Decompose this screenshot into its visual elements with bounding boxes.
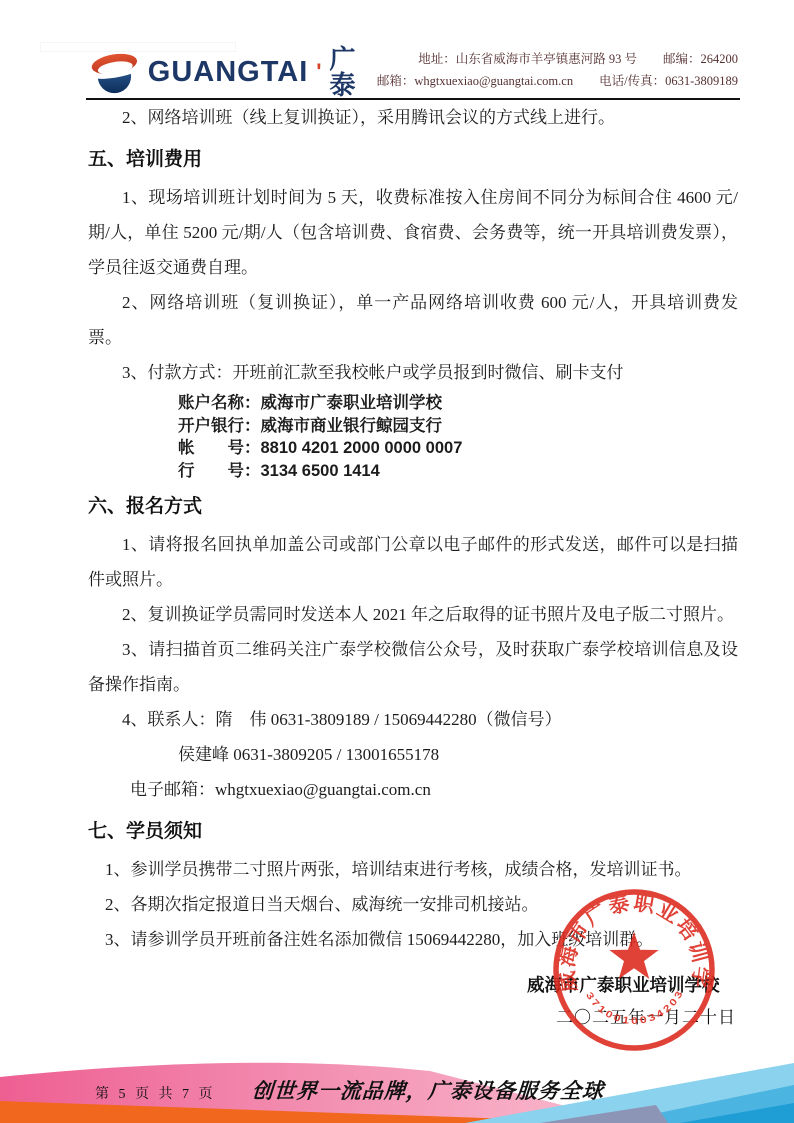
page-number: 第 5 页 共 7 页 [95, 1083, 216, 1103]
zip-value: 264200 [701, 52, 739, 66]
bank-account-name-value: 威海市广泰职业培训学校 [261, 394, 443, 412]
stamp-star-icon [609, 932, 658, 979]
address-value: 山东省威海市羊亭镇惠河路 93 号 [456, 52, 637, 66]
logo-cjk-name: 广泰 [330, 46, 377, 98]
contact-line-1: 地址：山东省威海市羊亭镇惠河路 93 号邮编：264200 [377, 48, 738, 70]
stamp-ring-text: 威海市广泰职业培训学校 [549, 885, 714, 994]
stamp-number: 3710010034203 [583, 987, 686, 1027]
guangtai-globe-icon [88, 47, 141, 97]
tel-value: 0631-3809189 [665, 74, 738, 88]
company-logo: GUANGTAI'广泰 [88, 46, 377, 98]
logo-accent-tick: ' [316, 59, 321, 85]
section-6-title: 六、报名方式 [88, 493, 738, 521]
email-value: whgtxuexiao@guangtai.com.cn [414, 74, 573, 88]
contact-line-2: 邮箱：whgtxuexiao@guangtai.com.cn电话/传真：0631… [377, 70, 738, 92]
section-7-title: 七、学员须知 [88, 818, 738, 846]
bank-branch-value: 威海市商业银行鲸园支行 [261, 417, 443, 435]
bank-account-number-value: 8810 4201 2000 0000 0007 [261, 439, 463, 457]
section-5-p2: 2、网络培训班（复训换证），单一产品网络培训收费 600 元/人，开具培训费发票… [88, 285, 738, 355]
letterhead: GUANGTAI'广泰 地址：山东省威海市羊亭镇惠河路 93 号邮编：26420… [88, 46, 738, 98]
section-6-email: 电子邮箱：whgtxuexiao@guangtai.com.cn [88, 772, 738, 807]
document-page: GUANGTAI'广泰 地址：山东省威海市羊亭镇惠河路 93 号邮编：26420… [0, 0, 794, 1123]
section-6-p3: 3、请扫描首页二维码关注广泰学校微信公众号，及时获取广泰学校培训信息及设备操作指… [88, 632, 738, 702]
bank-account-name: 账户名称：威海市广泰职业培训学校 [178, 392, 738, 415]
svg-text:威海市广泰职业培训学校: 威海市广泰职业培训学校 [549, 885, 714, 994]
bank-branch-label: 开户银行： [178, 417, 261, 435]
bank-account-name-label: 账户名称： [178, 394, 261, 412]
email-label: 邮箱： [377, 74, 415, 88]
bank-routing-number-label: 行 号： [178, 462, 261, 480]
page-footer: 第 5 页 共 7 页 创世界一流品牌，广泰设备服务全球 [0, 1059, 794, 1123]
logo-wordmark: GUANGTAI [148, 58, 309, 87]
footer-slogan: 创世界一流品牌，广泰设备服务全球 [251, 1075, 605, 1105]
bank-routing-number: 行 号：3134 6500 1414 [178, 460, 738, 483]
section-6-contact-2: 侯建峰 0631-3809205 / 13001655178 [88, 737, 738, 772]
zip-label: 邮编： [663, 52, 701, 66]
bank-account-number: 帐 号：8810 4201 2000 0000 0007 [178, 437, 738, 460]
bank-branch: 开户银行：威海市商业银行鲸园支行 [178, 415, 738, 438]
tel-label: 电话/传真： [599, 74, 665, 88]
bank-account-number-label: 帐 号： [178, 439, 261, 457]
intro-paragraph: 2、网络培训班（线上复训换证），采用腾讯会议的方式线上进行。 [88, 100, 738, 135]
address-label: 地址： [418, 52, 456, 66]
section-5-title: 五、培训费用 [88, 146, 738, 174]
bank-details: 账户名称：威海市广泰职业培训学校 开户银行：威海市商业银行鲸园支行 帐 号：88… [88, 392, 738, 482]
official-red-stamp: 威海市广泰职业培训学校 3710010034203 [549, 885, 719, 1055]
document-body: 2、网络培训班（线上复训换证），采用腾讯会议的方式线上进行。 五、培训费用 1、… [88, 100, 738, 957]
section-5-p1: 1、现场培训班计划时间为 5 天，收费标准按入住房间不同分为标间合住 4600 … [88, 180, 738, 285]
section-6-p2: 2、复训换证学员需同时发送本人 2021 年之后取得的证书照片及电子版二寸照片。 [88, 597, 738, 632]
section-6-p1: 1、请将报名回执单加盖公司或部门公章以电子邮件的形式发送，邮件可以是扫描件或照片… [88, 527, 738, 597]
svg-text:3710010034203: 3710010034203 [583, 987, 686, 1027]
section-6-contact-1: 4、联系人：隋 伟 0631-3809189 / 15069442280（微信号… [88, 702, 738, 737]
section-5-p3: 3、付款方式：开班前汇款至我校帐户或学员报到时微信、刷卡支付 [88, 355, 738, 390]
section-7-p1: 1、参训学员携带二寸照片两张，培训结束进行考核，成绩合格，发培训证书。 [88, 852, 738, 887]
bank-routing-number-value: 3134 6500 1414 [261, 462, 380, 480]
contact-block: 地址：山东省威海市羊亭镇惠河路 93 号邮编：264200 邮箱：whgtxue… [377, 48, 738, 92]
